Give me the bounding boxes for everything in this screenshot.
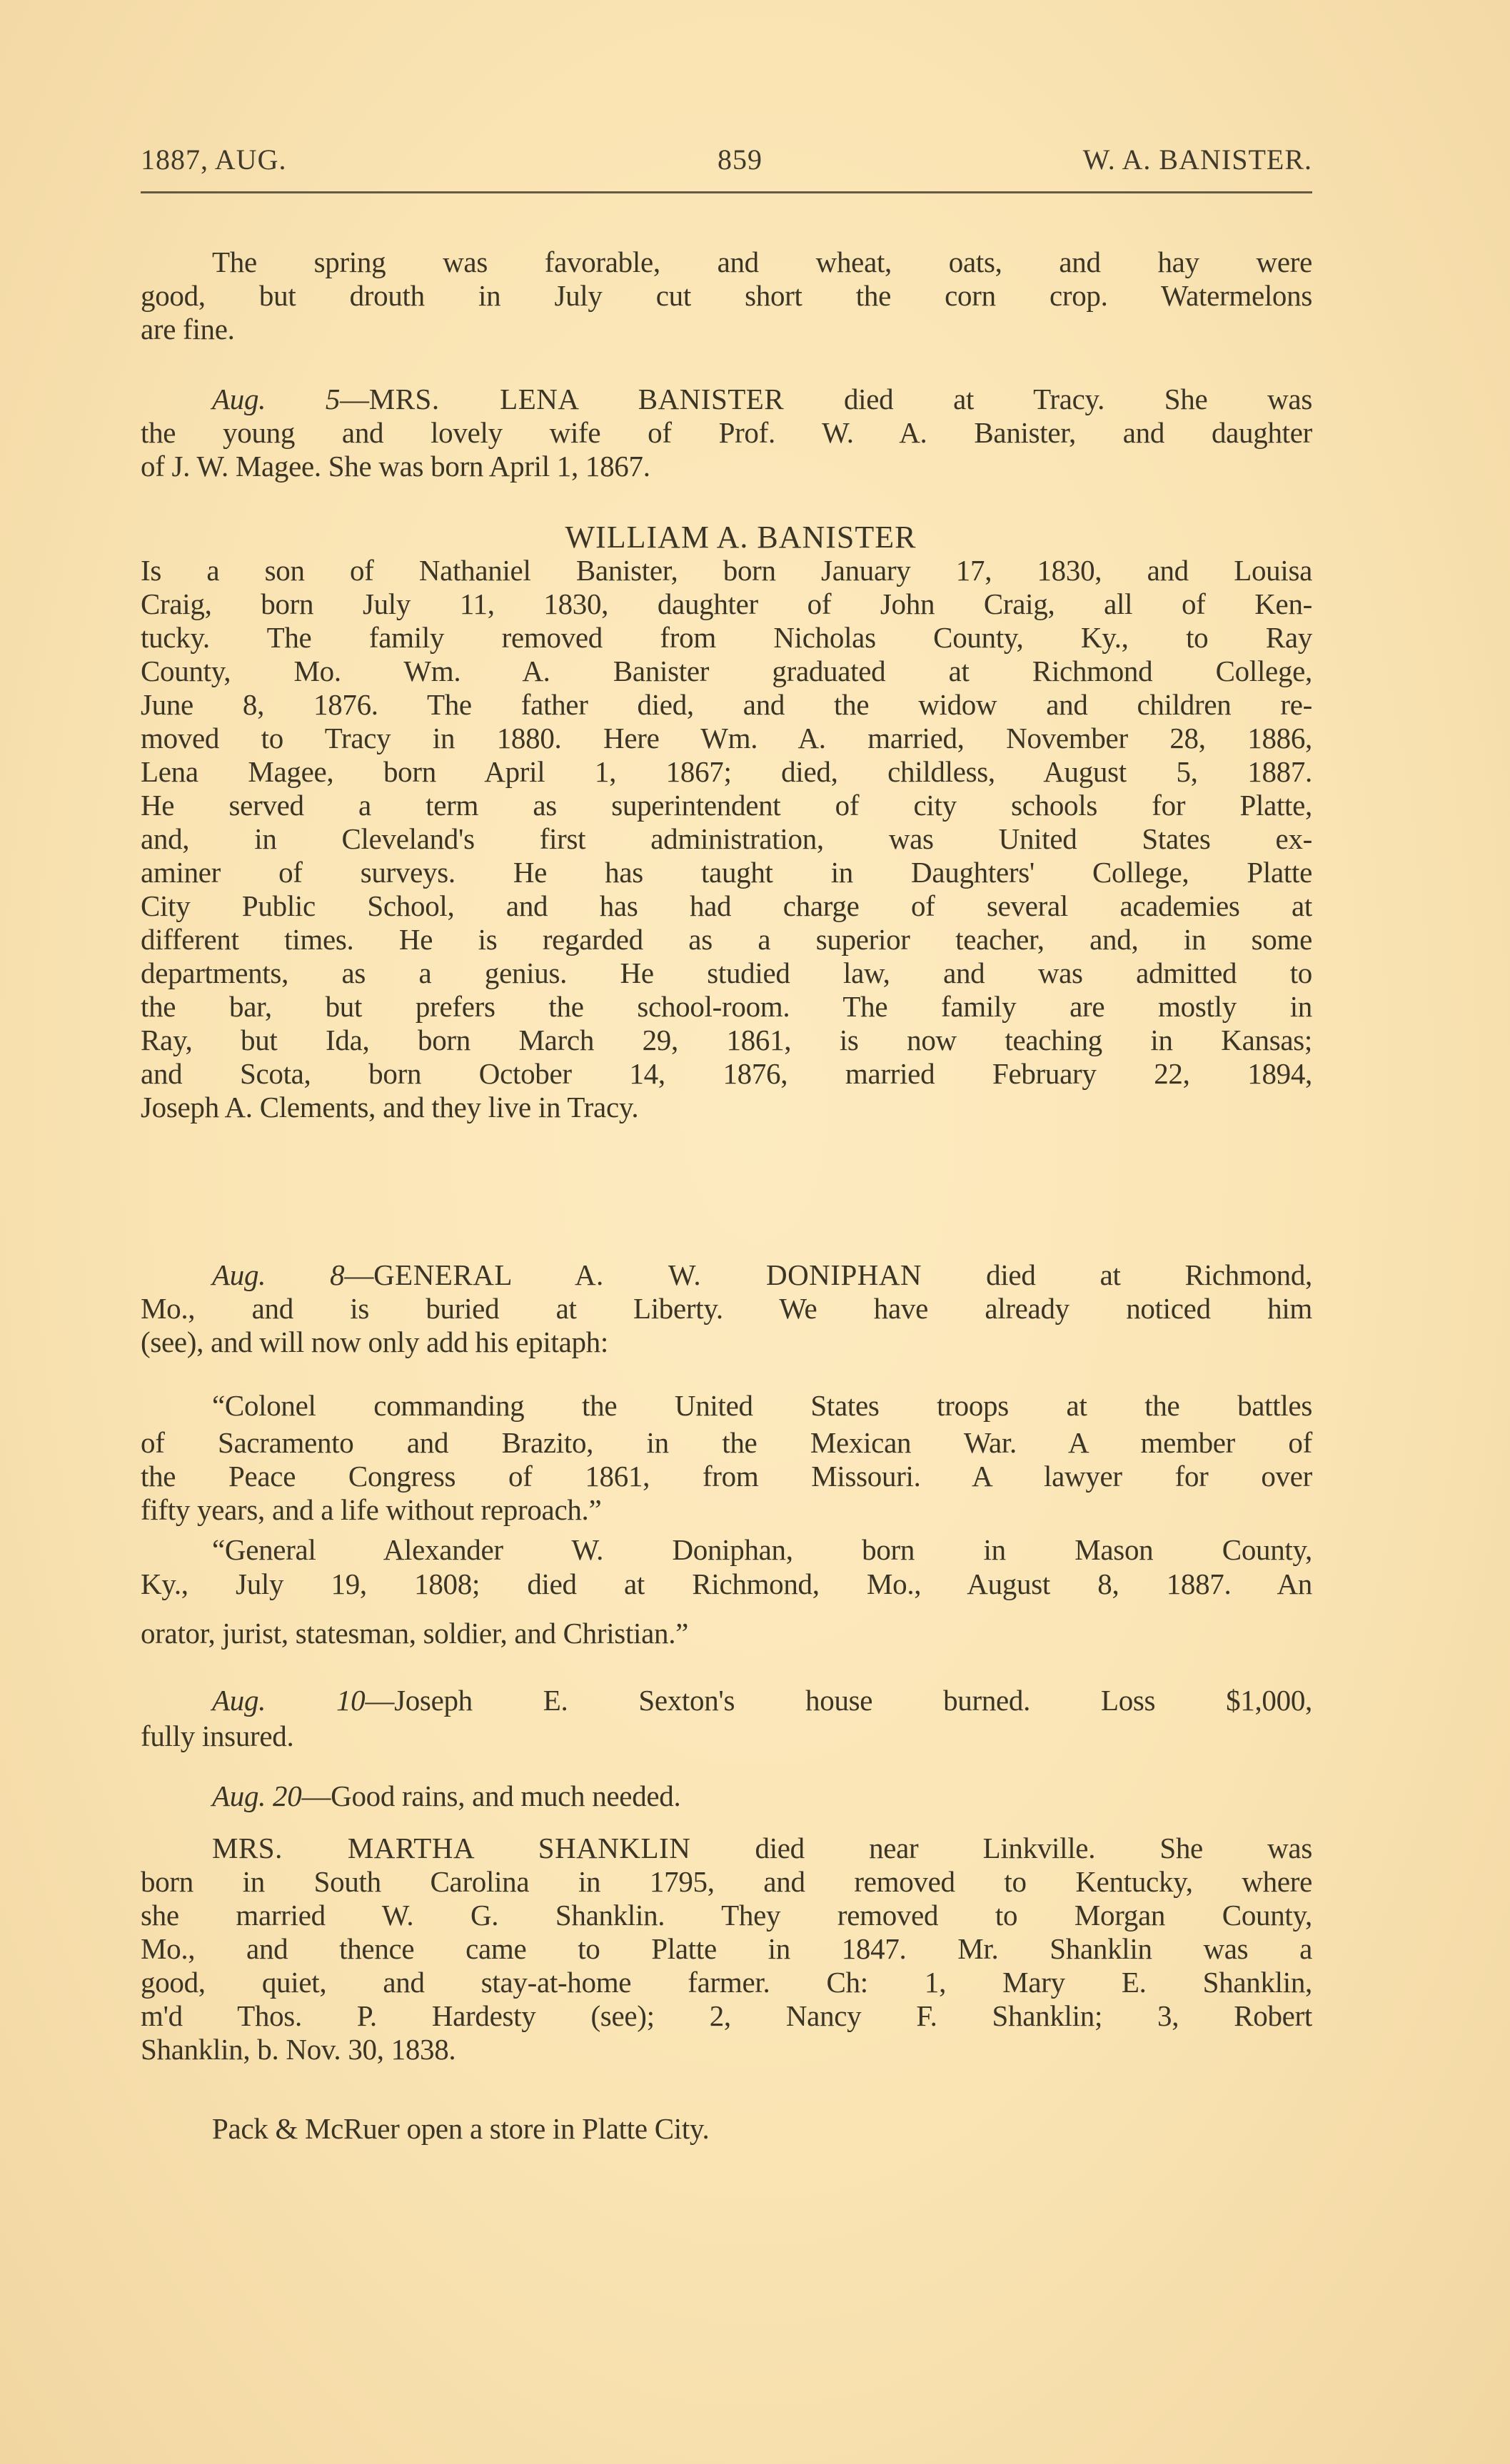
text-line: born in South Carolina in 1795, and remo…: [141, 1865, 1312, 1899]
entry-name: MRS. MARTHA SHANKLIN: [212, 1832, 690, 1864]
text-fragment: Joseph E. Sexton's house burned. Loss $1…: [394, 1684, 1312, 1717]
text-line: Craig, born July 11, 1830, daughter of J…: [141, 587, 1312, 621]
quote-line: fifty years, and a life without reproach…: [141, 1493, 1312, 1527]
text-line: good, but drouth in July cut short the c…: [141, 279, 1312, 313]
text-line: The spring was favorable, and wheat, oat…: [212, 246, 1312, 279]
em-dash: —: [340, 383, 369, 415]
text-line: moved to Tracy in 1880. Here Wm. A. marr…: [141, 722, 1312, 755]
quote-line: Ky., July 19, 1808; died at Richmond, Mo…: [141, 1567, 1312, 1601]
text-line: the bar, but prefers the school-room. Th…: [141, 990, 1312, 1024]
text-line: good, quiet, and stay-at-home farmer. Ch…: [141, 1966, 1312, 1999]
entry-date: Aug. 10: [212, 1684, 365, 1717]
entry-date: Aug. 8: [212, 1258, 344, 1291]
text-line: and, in Cleveland's first administration…: [141, 822, 1312, 856]
em-dash: —: [344, 1258, 373, 1291]
text-line: (see), and will now only add his epitaph…: [141, 1326, 1312, 1359]
text-line: m'd Thos. P. Hardesty (see); 2, Nancy F.…: [141, 1999, 1312, 2033]
text-line: of J. W. Magee. She was born April 1, 18…: [141, 450, 1312, 483]
text-line: fully insured.: [141, 1720, 1312, 1753]
text-line: tucky. The family removed from Nicholas …: [141, 621, 1312, 655]
text-fragment: died at Richmond,: [922, 1258, 1312, 1291]
text-fragment: died near Linkville. She was: [690, 1832, 1312, 1864]
header-rule-divider: [141, 191, 1312, 193]
quote-line: “Colonel commanding the United States tr…: [212, 1389, 1312, 1423]
entry-aug-5: Aug. 5—MRS. LENA BANISTER died at Tracy.…: [212, 383, 1312, 416]
quote-line: “General Alexander W. Doniphan, born in …: [212, 1533, 1312, 1567]
entry-name: GENERAL A. W. DONIPHAN: [373, 1258, 922, 1291]
text-line: different times. He is regarded as a sup…: [141, 923, 1312, 956]
entry-aug-8: Aug. 8—GENERAL A. W. DONIPHAN died at Ri…: [212, 1258, 1312, 1292]
text-line: County, Mo. Wm. A. Banister graduated at…: [141, 655, 1312, 688]
text-line: Mo., and thence came to Platte in 1847. …: [141, 1932, 1312, 1966]
text-line: Lena Magee, born April 1, 1867; died, ch…: [141, 755, 1312, 789]
running-head-subject: W. A. BANISTER.: [1083, 143, 1312, 176]
text-line: Pack & McRuer open a store in Platte Cit…: [212, 2112, 1312, 2146]
text-line: she married W. G. Shanklin. They removed…: [141, 1899, 1312, 1932]
text-line: Shanklin, b. Nov. 30, 1838.: [141, 2033, 1312, 2066]
running-head: 1887, AUG. 859 W. A. BANISTER.: [141, 143, 1312, 178]
text-line: and Scota, born October 14, 1876, marrie…: [141, 1057, 1312, 1091]
quote-line: the Peace Congress of 1861, from Missour…: [141, 1460, 1312, 1493]
entry-date: Aug. 20: [212, 1779, 301, 1812]
book-page: 1887, AUG. 859 W. A. BANISTER. The sprin…: [0, 0, 1510, 2464]
text-line: Mo., and is buried at Liberty. We have a…: [141, 1292, 1312, 1326]
entry-aug-20: Aug. 20—Good rains, and much needed.: [212, 1779, 1312, 1813]
em-dash: —: [365, 1684, 394, 1717]
entry-date: Aug. 5: [212, 383, 340, 415]
text-line: departments, as a genius. He studied law…: [141, 956, 1312, 990]
text-line: aminer of surveys. He has taught in Daug…: [141, 856, 1312, 889]
text-line: Is a son of Nathaniel Banister, born Jan…: [141, 554, 1312, 587]
text-line: Joseph A. Clements, and they live in Tra…: [141, 1091, 1312, 1124]
text-line: He served a term as superintendent of ci…: [141, 789, 1312, 822]
quote-line: of Sacramento and Brazito, in the Mexica…: [141, 1426, 1312, 1460]
text-line: June 8, 1876. The father died, and the w…: [141, 688, 1312, 722]
text-line: City Public School, and has had charge o…: [141, 889, 1312, 923]
section-heading: WILLIAM A. BANISTER: [141, 520, 1312, 555]
entry-name: MRS. LENA BANISTER: [369, 383, 784, 415]
em-dash: —: [301, 1779, 331, 1812]
text-fragment: died at Tracy. She was: [784, 383, 1312, 415]
quote-line: orator, jurist, statesman, soldier, and …: [141, 1617, 1312, 1650]
entry-aug-10: Aug. 10—Joseph E. Sexton's house burned.…: [212, 1684, 1312, 1717]
entry-shanklin: MRS. MARTHA SHANKLIN died near Linkville…: [212, 1832, 1312, 1865]
text-fragment: Good rains, and much needed.: [331, 1779, 680, 1812]
text-line: Ray, but Ida, born March 29, 1861, is no…: [141, 1024, 1312, 1057]
text-line: are fine.: [141, 313, 1312, 346]
text-line: the young and lovely wife of Prof. W. A.…: [141, 416, 1312, 450]
